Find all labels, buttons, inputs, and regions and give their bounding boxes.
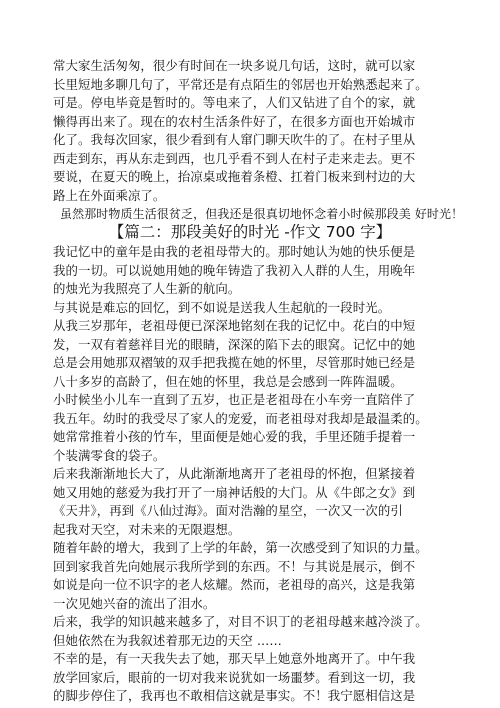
text-line: 《天井》，再到《八仙过海》。面对浩瀚的星空，一次又一次的引 <box>53 502 403 520</box>
text-line: 虽然那时物质生活很贫乏，但我还是很真切地怀念着小时候那段美 好时光！ <box>60 205 463 223</box>
text-line: 总是会用她那双褶皱的双手把我揽在她的怀里，尽管那时她已经是 <box>53 354 415 372</box>
text-line: 不幸的是，有一天我失去了她，那天早上她意外地离开了。中午我 <box>53 650 415 668</box>
text-line: 要说，在夏天的晚上，抬凉桌或拖着条橙、扛着门板来到村边的大 <box>53 168 415 186</box>
text-line: 但她依然在为我叙述着那无边的天空 …… <box>53 632 282 650</box>
text-line: 起我对天空，对未来的无限遐想。 <box>53 521 240 539</box>
text-line: 路上在外面乘凉了。 <box>53 187 165 205</box>
text-line: 从我三岁那年，老祖母便已深深地铭刻在我的记忆中。花白的中短 <box>53 317 415 335</box>
text-line: 八十多岁的高龄了，但在她的怀里，我总是会感到一阵阵温暖。 <box>53 373 403 391</box>
text-line: 后来我渐渐地长大了，从此渐渐地离开了老祖母的怀抱，但紧接着 <box>53 465 415 483</box>
text-line: 如说是向一位不识字的老人炫耀。然而，老祖母的高兴，这是我第 <box>53 576 415 594</box>
text-line: 后来，我学的知识越来越多了，对目不识丁的老祖母越来越冷淡了。 <box>53 613 428 631</box>
text-line: 我五年。幼时的我受尽了家人的宠爱，而老祖母对我却是最温柔的。 <box>53 410 428 428</box>
section-title: 【篇二：那段美好的时光 -作文 700 字】 <box>0 222 500 242</box>
text-line: 长里短地多聊几句了，平常还是有点陌生的邻居也开始熟悉起来了。 <box>53 76 428 94</box>
document-page: 常大家生活匆匆，很少有时间在一块多说几句话，这时，就可以家 长里短地多聊几句了，… <box>0 0 500 708</box>
text-line: 我的一切。可以说她用她的晚年铸造了我初入人群的人生，用晚年 <box>53 262 415 280</box>
text-line: 西走到东，再从东走到西，也几乎看不到人在村子走来走去。更不 <box>53 150 415 168</box>
text-line: 的脚步停住了，我再也不敢相信这就是事实。不！我宁愿相信这是 <box>53 687 415 705</box>
text-line: 回到家我首先向她展示我所学到的东西。不！与其说是展示，倒不 <box>53 558 415 576</box>
text-line: 放学回家后，眼前的一切对我来说犹如一场噩梦。看到这一切，我 <box>53 669 415 687</box>
text-line: 懒得再出来了。现在的农村生活条件好了，在很多方面也开始城市 <box>53 113 415 131</box>
text-line: 发，一双有着慈祥目光的眼睛，深深的陷下去的眼窝。记忆中的她 <box>53 336 415 354</box>
text-line: 个装满零食的袋子。 <box>53 447 165 465</box>
text-line: 一次见她兴奋的流出了泪水。 <box>53 595 215 613</box>
text-line: 与其说是难忘的回忆，到不如说是送我人生起航的一段时光。 <box>53 299 390 317</box>
text-line: 常大家生活匆匆，很少有时间在一块多说几句话，这时，就可以家 <box>53 57 415 75</box>
text-line: 随着年龄的增大，我到了上学的年龄，第一次感受到了知识的力量。 <box>53 539 428 557</box>
text-line: 的烛光为我照亮了人生新的航向。 <box>53 280 240 298</box>
text-line: 可是。停电毕竟是暂时的。等电来了，人们又钻进了自个的家，就 <box>53 94 415 112</box>
text-line: 她又用她的慈爱为我打开了一扇神话般的大门。从《牛郎之女》到 <box>53 484 415 502</box>
text-line: 小时候坐小儿车一直到了五岁，也正是老祖母在小车旁一直陪伴了 <box>53 391 415 409</box>
text-line: 我记忆中的童年是由我的老祖母带大的。那时她认为她的快乐便是 <box>53 243 415 261</box>
text-line: 她常常推着小孩的竹车，里面便是她心爱的我，手里还随手提着一 <box>53 428 415 446</box>
text-line: 化了。我每次回家，很少看到有人窜门聊天吹牛的了。在村子里从 <box>53 131 415 149</box>
